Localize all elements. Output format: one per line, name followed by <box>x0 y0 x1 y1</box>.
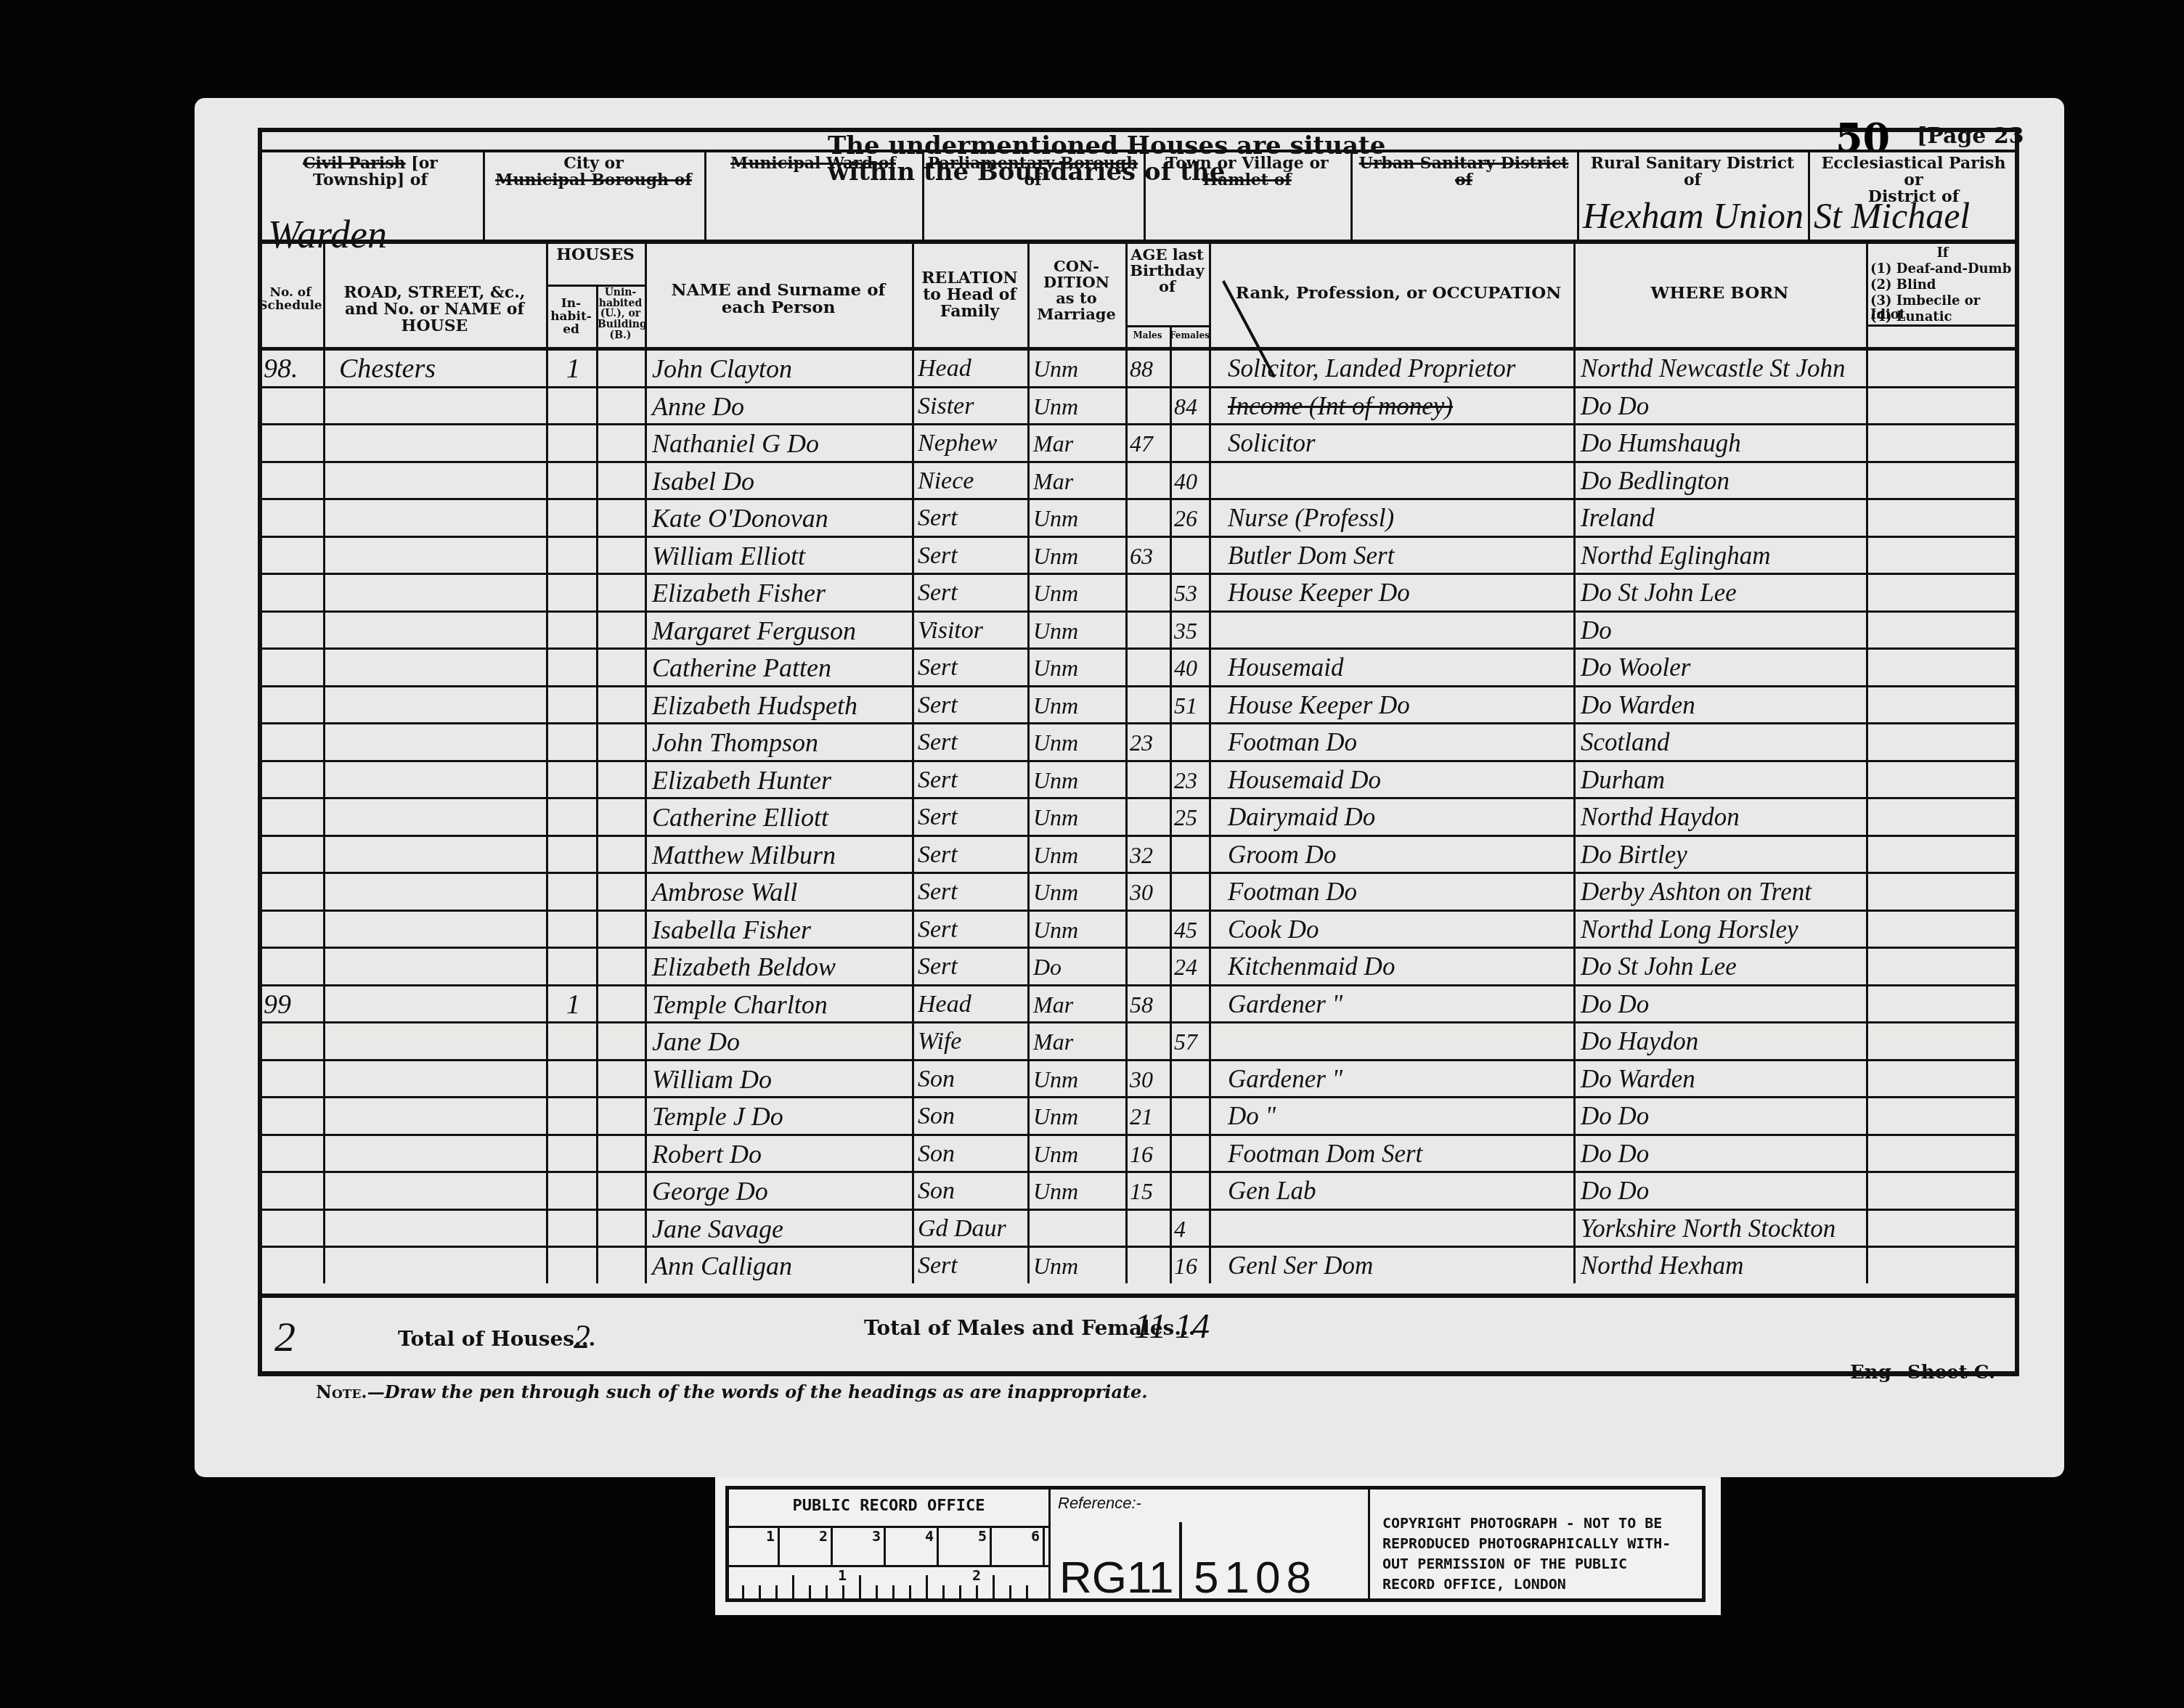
boundary-value: Warden <box>268 212 387 257</box>
cell-condition: Unm <box>1033 685 1128 722</box>
cell-where-born: Do Haydon <box>1581 1021 1871 1058</box>
divider <box>922 151 924 241</box>
divider <box>258 240 2019 244</box>
table-row: Kate O'DonovanSertUnm26Nurse (Professl)I… <box>0 498 2184 536</box>
boundary-value: St Michael <box>1814 195 1970 237</box>
cell-relation: Sert <box>918 573 1027 609</box>
ruler-tick <box>942 1585 945 1601</box>
ruler-tick <box>842 1585 844 1601</box>
ruler-tick <box>809 1585 811 1601</box>
cell-relation: Head <box>918 348 1027 385</box>
cell-female-age: 57 <box>1174 1021 1213 1058</box>
ruler-tick <box>859 1575 861 1601</box>
ruler-tick <box>775 1585 778 1601</box>
cell-name: Jane Do <box>652 1021 913 1058</box>
boundary-label-line1: Ecclesiastical Parish or <box>1811 155 2016 189</box>
boundary-label-line1: City or <box>486 155 701 172</box>
table-row: Ambrose WallSertUnm30Footman DoDerby Ash… <box>0 872 2184 910</box>
cell-occupation: House Keeper Do <box>1228 573 1569 609</box>
cell-where-born: Do Warden <box>1581 1059 1871 1095</box>
boundary-label-line2: Hamlet of <box>1146 172 1348 189</box>
cell-male-age: 15 <box>1130 1171 1169 1207</box>
ruler-tick <box>1026 1585 1028 1601</box>
reference-series: RG11 <box>1059 1556 1173 1600</box>
cell-occupation: Gardener " <box>1228 984 1569 1021</box>
total-houses-value: 2 <box>574 1317 590 1356</box>
cell-name: Ann Calligan <box>652 1246 913 1282</box>
cell-name: William Do <box>652 1059 913 1095</box>
header-infirmity-option: (2) Blind <box>1870 279 2019 293</box>
table-row: Ann CalliganSertUnm16Genl Ser DomNorthd … <box>0 1246 2184 1283</box>
ruler-cm-mark: 3 <box>835 1527 886 1565</box>
cell-condition: Mar <box>1033 423 1128 459</box>
header-infirmity-option: (4) Lunatic <box>1870 311 2019 324</box>
cell-relation: Son <box>918 1059 1027 1095</box>
cell-relation: Sert <box>918 1246 1027 1282</box>
ruler-tick <box>826 1585 828 1601</box>
cell-occupation: Butler Dom Sert <box>1228 536 1569 572</box>
cell-relation: Nephew <box>918 423 1027 459</box>
cell-name: Catherine Elliott <box>652 797 913 833</box>
cell-where-born: Do Do <box>1581 1134 1871 1170</box>
divider <box>1350 151 1353 241</box>
cell-where-born: Northd Eglingham <box>1581 536 1871 572</box>
cell-where-born: Do St John Lee <box>1581 573 1871 609</box>
boundary-label-line1: Town or Village or <box>1146 155 1348 172</box>
boundary-label-text: Civil Parish <box>303 154 406 173</box>
cell-condition: Unm <box>1033 647 1128 684</box>
cell-condition: Do <box>1033 947 1128 983</box>
ruler-tick <box>759 1585 761 1601</box>
cell-condition: Mar <box>1033 984 1128 1021</box>
cell-condition: Unm <box>1033 1096 1128 1132</box>
ruler-inches: 12 <box>729 1566 1051 1601</box>
total-females: 14 <box>1175 1307 1210 1347</box>
header-females: Females <box>1170 331 1209 340</box>
table-row: Elizabeth HunterSertUnm23Housemaid DoDur… <box>0 760 2184 798</box>
copyright-line: RECORD OFFICE, LONDON <box>1382 1574 1671 1594</box>
cell-name: Isabel Do <box>652 461 913 497</box>
header-where-born: WHERE BORN <box>1573 285 1866 302</box>
cell-occupation: Housemaid <box>1228 647 1569 684</box>
table-row: Robert DoSonUnm16Footman Dom SertDo Do <box>0 1134 2184 1172</box>
cell-condition: Mar <box>1033 1021 1128 1058</box>
cell-road: Chesters <box>339 348 528 385</box>
cell-where-born: Do Do <box>1581 984 1871 1021</box>
ruler-tick <box>892 1585 895 1601</box>
cell-where-born: Do St John Lee <box>1581 947 1871 983</box>
cell-male-age: 32 <box>1130 835 1169 871</box>
cell-occupation: Genl Ser Dom <box>1228 1246 1569 1282</box>
table-row: Isabella FisherSertUnm45Cook DoNorthd Lo… <box>0 910 2184 947</box>
header-schedule: No. of Schedule <box>258 287 323 313</box>
cell-condition: Unm <box>1033 760 1128 796</box>
cell-condition: Unm <box>1033 910 1128 946</box>
note-prefix: Note. <box>316 1381 367 1402</box>
cell-name: George Do <box>652 1171 913 1207</box>
table-row: Elizabeth FisherSertUnm53House Keeper Do… <box>0 573 2184 610</box>
ruler-centimetres: 123456 <box>729 1527 1051 1567</box>
ruler-tick <box>959 1585 961 1601</box>
cell-relation: Sert <box>918 647 1027 684</box>
cell-occupation: Footman Dom Sert <box>1228 1134 1569 1170</box>
ruler-tick <box>1009 1585 1011 1601</box>
cell-occupation: Gen Lab <box>1228 1171 1569 1207</box>
cell-male-age: 30 <box>1130 872 1169 908</box>
cell-where-born: Do Humshaugh <box>1581 423 1871 459</box>
cell-relation: Son <box>918 1171 1027 1207</box>
cell-condition: Unm <box>1033 797 1128 833</box>
cell-female-age: 40 <box>1174 461 1213 497</box>
cell-occupation: Dairymaid Do <box>1228 797 1569 833</box>
boundary-field-label: Rural Sanitary District of <box>1580 155 1805 189</box>
cell-relation: Sert <box>918 872 1027 908</box>
ruler-cm-mark: 6 <box>994 1527 1045 1565</box>
cell-condition: Unm <box>1033 348 1128 385</box>
header-condition: CON-DITION as to Marriage <box>1032 258 1121 322</box>
cell-female-age: 24 <box>1174 947 1213 983</box>
copyright-line: REPRODUCED PHOTOGRAPHICALLY WITH- <box>1382 1533 1671 1553</box>
cell-occupation: Nurse (Professl) <box>1228 498 1569 534</box>
cell-male-age: 58 <box>1130 984 1169 1021</box>
cell-female-age: 40 <box>1174 647 1213 684</box>
cell-condition: Unm <box>1033 1246 1128 1282</box>
cell-relation: Son <box>918 1096 1027 1132</box>
label-divider <box>1368 1490 1370 1598</box>
cell-occupation: Groom Do <box>1228 835 1569 871</box>
cell-female-age: 45 <box>1174 910 1213 946</box>
table-row: Isabel DoNieceMar40Do Bedlington <box>0 461 2184 499</box>
cell-name: Temple J Do <box>652 1096 913 1132</box>
cell-condition: Unm <box>1033 722 1128 759</box>
cell-female-age: 4 <box>1174 1209 1213 1245</box>
cell-occupation: Solicitor <box>1228 423 1569 459</box>
divider <box>1577 151 1579 241</box>
cell-male-age: 63 <box>1130 536 1169 572</box>
ruler-inch-mark: 1 <box>838 1566 847 1584</box>
header-infirmity-option: (1) Deaf-and-Dumb <box>1870 263 2019 277</box>
cell-female-age: 16 <box>1174 1246 1213 1282</box>
cell-female-age: 25 <box>1174 797 1213 833</box>
header-infirmity-if: If <box>1866 247 2019 261</box>
cell-where-born: Do <box>1581 610 1871 647</box>
cell-relation: Sert <box>918 910 1027 946</box>
cell-name: Elizabeth Hunter <box>652 760 913 796</box>
ruler-tick <box>909 1585 911 1601</box>
header-name: NAME and Surname of each Person <box>652 282 905 316</box>
cell-condition: Unm <box>1033 1134 1128 1170</box>
table-row: Anne DoSisterUnm84Income (Int of money)D… <box>0 386 2184 424</box>
cell-occupation: Do " <box>1228 1096 1569 1132</box>
cell-occupation: Income (Int of money) <box>1228 386 1569 422</box>
cell-relation: Sert <box>918 760 1027 796</box>
cell-condition: Unm <box>1033 1171 1128 1207</box>
table-row: William DoSonUnm30Gardener "Do Warden <box>0 1059 2184 1097</box>
cell-relation: Sert <box>918 947 1027 983</box>
cell-inhabited: 1 <box>566 348 588 385</box>
ruler-cm-mark: 4 <box>888 1527 939 1565</box>
cell-where-born: Do Do <box>1581 1171 1871 1207</box>
cell-condition: Unm <box>1033 573 1128 609</box>
boundary-label-text: Parliamentary Borough <box>928 154 1138 173</box>
copyright-line: OUT PERMISSION OF THE PUBLIC <box>1382 1553 1671 1574</box>
cell-name: Isabella Fisher <box>652 910 913 946</box>
cell-name: Catherine Patten <box>652 647 913 684</box>
cell-male-age: 30 <box>1130 1059 1169 1095</box>
table-row: Catherine PattenSertUnm40HousemaidDo Woo… <box>0 647 2184 685</box>
cell-relation: Head <box>918 984 1027 1021</box>
header-uninhabited: Unin-habited (U.), or Building (B.) <box>598 287 643 340</box>
ruler-tick <box>742 1585 744 1601</box>
cell-name: Elizabeth Hudspeth <box>652 685 913 722</box>
cell-female-age: 23 <box>1174 760 1213 796</box>
divider <box>258 150 2019 152</box>
cell-name: William Elliott <box>652 536 913 572</box>
cell-occupation: House Keeper Do <box>1228 685 1569 722</box>
cell-relation: Sert <box>918 498 1027 534</box>
table-row: Nathaniel G DoNephewMar47SolicitorDo Hum… <box>0 423 2184 461</box>
cell-where-born: Ireland <box>1581 498 1871 534</box>
ruler-tick <box>792 1575 794 1601</box>
cell-relation: Visitor <box>918 610 1027 647</box>
cell-male-age: 23 <box>1130 722 1169 759</box>
cell-female-age: 35 <box>1174 610 1213 647</box>
boundary-field-label: Municipal Ward of <box>707 155 919 172</box>
schedule-count-mark: 2 <box>274 1312 296 1361</box>
header-road: ROAD, STREET, &c., and No. or NAME of HO… <box>327 285 542 335</box>
cell-relation: Sert <box>918 685 1027 722</box>
ruler-cm-mark: 2 <box>782 1527 833 1565</box>
table-row: 98.Chesters1John ClaytonHeadUnm88Solicit… <box>0 348 2184 386</box>
cell-name: Kate O'Donovan <box>652 498 913 534</box>
cell-where-born: Do Bedlington <box>1581 461 1871 497</box>
ruler-inch-mark: 2 <box>972 1566 981 1584</box>
cell-inhabited: 1 <box>566 984 588 1021</box>
copyright-line: COPYRIGHT PHOTOGRAPH - NOT TO BE <box>1382 1513 1671 1533</box>
cell-occupation: Gardener " <box>1228 1059 1569 1095</box>
boundary-field-label: Urban Sanitary District of <box>1353 155 1574 189</box>
archive-label: PUBLIC RECORD OFFICE 123456 12 Reference… <box>715 1477 1721 1615</box>
cell-where-born: Northd Long Horsley <box>1581 910 1871 946</box>
table-row: Margaret FergusonVisitorUnm35Do <box>0 610 2184 648</box>
cell-where-born: Northd Hexham <box>1581 1246 1871 1282</box>
ruler-cm-mark: 1 <box>729 1527 780 1565</box>
table-row: Jane DoWifeMar57Do Haydon <box>0 1021 2184 1059</box>
ruler-tick <box>976 1585 978 1601</box>
cell-condition: Unm <box>1033 1059 1128 1095</box>
total-males: 11 <box>1134 1307 1166 1347</box>
cell-female-age: 26 <box>1174 498 1213 534</box>
cell-name: Anne Do <box>652 386 913 422</box>
reference-piece: 5108 <box>1194 1556 1317 1600</box>
cell-condition: Unm <box>1033 835 1128 871</box>
total-houses-label: Total of Houses... <box>398 1328 595 1349</box>
cell-relation: Niece <box>918 461 1027 497</box>
cell-where-born: Scotland <box>1581 722 1871 759</box>
cell-male-age: 88 <box>1130 348 1169 385</box>
divider <box>483 151 485 241</box>
divider <box>1866 324 2019 327</box>
cell-schedule: 98. <box>264 348 322 385</box>
boundary-field-label: City orMunicipal Borough of <box>486 155 701 189</box>
table-row: Temple J DoSonUnm21Do "Do Do <box>0 1096 2184 1134</box>
cell-occupation: Kitchenmaid Do <box>1228 947 1569 983</box>
cell-name: Robert Do <box>652 1134 913 1170</box>
table-row: Jane SavageGd Daur4Yorkshire North Stock… <box>0 1209 2184 1246</box>
cell-name: Temple Charlton <box>652 984 913 1021</box>
cell-name: Elizabeth Fisher <box>652 573 913 609</box>
cell-occupation: Footman Do <box>1228 872 1569 908</box>
cell-name: Nathaniel G Do <box>652 423 913 459</box>
cell-name: Elizabeth Beldow <box>652 947 913 983</box>
cell-male-age: 47 <box>1130 423 1169 459</box>
cell-where-born: Derby Ashton on Trent <box>1581 872 1871 908</box>
divider <box>1808 151 1810 241</box>
ruler-tick <box>876 1585 878 1601</box>
cell-name: Jane Savage <box>652 1209 913 1245</box>
header-houses: HOUSES <box>546 247 645 263</box>
boundary-field-label: Town or Village orHamlet of <box>1146 155 1348 189</box>
instruction-note: Note.—Draw the pen through such of the w… <box>316 1383 1148 1401</box>
reference-divider <box>1179 1522 1182 1602</box>
table-row: 991Temple CharltonHeadMar58Gardener "Do … <box>0 984 2184 1022</box>
boundary-field-label: Civil Parish [or Township] of <box>261 155 480 189</box>
boundary-value: Hexham Union <box>1583 195 1804 237</box>
cell-occupation: Cook Do <box>1228 910 1569 946</box>
cell-female-age: 51 <box>1174 685 1213 722</box>
cell-occupation: Solicitor, Landed Proprietor <box>1228 348 1569 385</box>
table-row: William ElliottSertUnm63Butler Dom SertN… <box>0 536 2184 573</box>
cell-schedule: 99 <box>264 984 322 1021</box>
cell-relation: Gd Daur <box>918 1209 1027 1245</box>
table-row: Matthew MilburnSertUnm32Groom DoDo Birtl… <box>0 835 2184 873</box>
cell-relation: Sert <box>918 797 1027 833</box>
cell-female-age: 53 <box>1174 573 1213 609</box>
boundary-label-text: Urban Sanitary District of <box>1359 154 1569 189</box>
cell-relation: Sister <box>918 386 1027 422</box>
ruler-tick <box>993 1575 995 1601</box>
cell-condition: Unm <box>1033 536 1128 572</box>
boundary-label-line2: Municipal Borough of <box>486 172 701 189</box>
sheet-label: Eng– Sheet C. <box>1850 1363 1995 1383</box>
cell-where-born: Durham <box>1581 760 1871 796</box>
table-row: Elizabeth BeldowSertDo24Kitchenmaid DoDo… <box>0 947 2184 984</box>
cell-relation: Sert <box>918 835 1027 871</box>
header-age: AGE last Birthday of <box>1127 247 1207 295</box>
cell-relation: Sert <box>918 536 1027 572</box>
cell-name: John Clayton <box>652 348 913 385</box>
table-row: Elizabeth HudspethSertUnm51House Keeper … <box>0 685 2184 723</box>
cell-where-born: Do Wooler <box>1581 647 1871 684</box>
cell-relation: Sert <box>918 722 1027 759</box>
divider <box>258 1294 2019 1298</box>
cell-female-age: 84 <box>1174 386 1213 422</box>
reference-label: Reference:- <box>1052 1490 1147 1517</box>
archive-label-frame: PUBLIC RECORD OFFICE 123456 12 Reference… <box>725 1486 1706 1602</box>
cell-where-born: Northd Newcastle St John <box>1581 348 1871 385</box>
cell-condition: Unm <box>1033 610 1128 647</box>
copyright-notice: COPYRIGHT PHOTOGRAPH - NOT TO BEREPRODUC… <box>1382 1513 1671 1594</box>
record-office-title: PUBLIC RECORD OFFICE <box>729 1490 1051 1528</box>
boundary-label-text: Municipal Ward of <box>730 154 896 173</box>
header-relation: RELATION to Head of Family <box>916 270 1023 320</box>
ruler-cm-mark: 5 <box>941 1527 992 1565</box>
cell-condition: Mar <box>1033 461 1128 497</box>
cell-where-born: Do Do <box>1581 1096 1871 1132</box>
cell-occupation: Footman Do <box>1228 722 1569 759</box>
boundary-field-label: Parliamentary Borough of <box>925 155 1141 189</box>
cell-occupation: Housemaid Do <box>1228 760 1569 796</box>
divider <box>1125 325 1209 327</box>
cell-condition: Unm <box>1033 872 1128 908</box>
cell-male-age: 21 <box>1130 1096 1169 1132</box>
table-row: George DoSonUnm15Gen LabDo Do <box>0 1171 2184 1209</box>
note-text: —Draw the pen through such of the words … <box>367 1381 1148 1402</box>
ruler-tick <box>926 1575 928 1601</box>
cell-where-born: Do Warden <box>1581 685 1871 722</box>
boundary-label-suffix: of <box>1024 171 1041 189</box>
cell-condition: Unm <box>1033 498 1128 534</box>
cell-relation: Son <box>918 1134 1027 1170</box>
cell-name: Matthew Milburn <box>652 835 913 871</box>
table-row: John ThompsonSertUnm23Footman DoScotland <box>0 722 2184 760</box>
cell-name: John Thompson <box>652 722 913 759</box>
divider <box>704 151 706 241</box>
cell-relation: Wife <box>918 1021 1027 1058</box>
header-males: Males <box>1125 331 1170 340</box>
header-inhabited: In-habit-ed <box>547 298 595 337</box>
cell-male-age: 16 <box>1130 1134 1169 1170</box>
cell-condition: Unm <box>1033 386 1128 422</box>
cell-where-born: Do Do <box>1581 386 1871 422</box>
page-label: [Page 23 <box>1917 125 2024 148</box>
boundary-label-text: Rural Sanitary District of <box>1591 154 1795 189</box>
cell-where-born: Do Birtley <box>1581 835 1871 871</box>
table-row: Catherine ElliottSertUnm25Dairymaid DoNo… <box>0 797 2184 835</box>
cell-where-born: Yorkshire North Stockton <box>1581 1209 1871 1245</box>
cell-where-born: Northd Haydon <box>1581 797 1871 833</box>
cell-name: Ambrose Wall <box>652 872 913 908</box>
cell-name: Margaret Ferguson <box>652 610 913 647</box>
divider <box>1144 151 1146 241</box>
header-occupation: Rank, Profession, or OCCUPATION <box>1231 285 1566 302</box>
